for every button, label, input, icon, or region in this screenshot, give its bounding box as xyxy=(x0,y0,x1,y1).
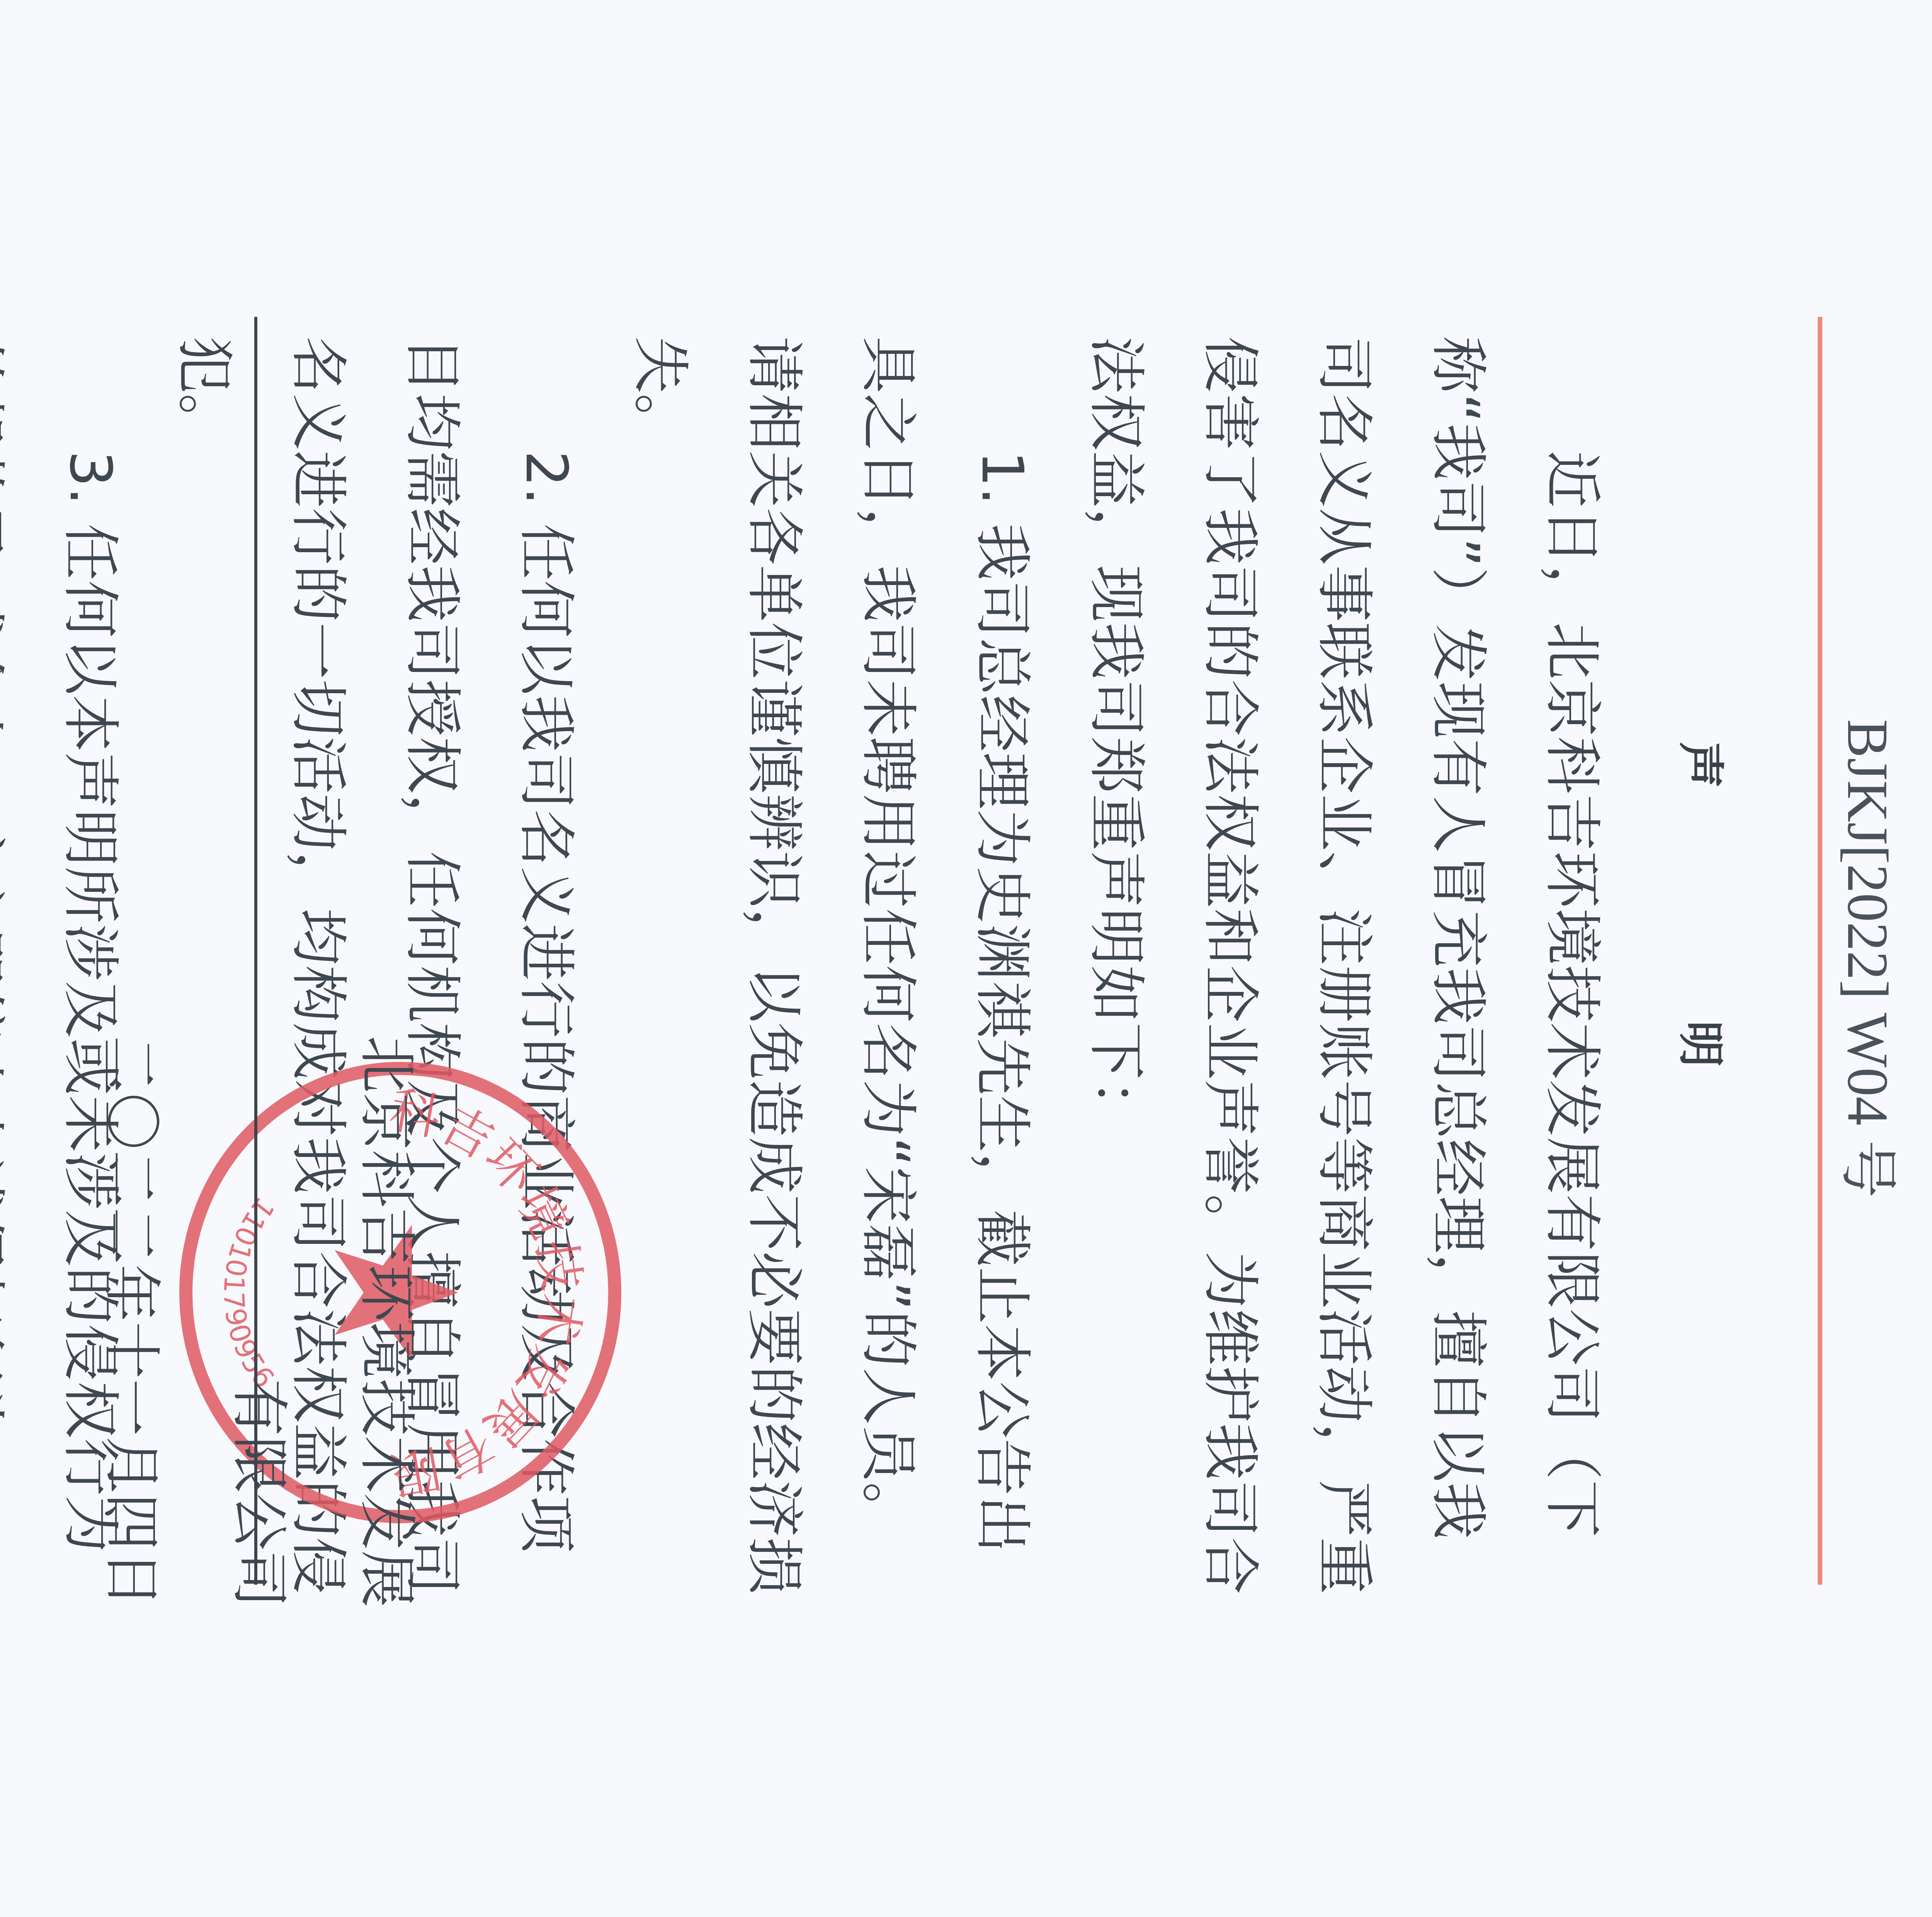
signature-company: 北京科吉环境技术发展有限公司 xyxy=(196,1005,451,1607)
letterhead: 北京科吉环境技术发展 有限公司 xyxy=(1930,0,1932,1917)
intro-paragraph: 近日，北京科吉环境技术发展有限公司（下称“我司”）发现有人冒充我司总经理，擅自以… xyxy=(1059,336,1629,1596)
item-1: 1. 我司总经理为史渊祺先生，截止本公告出具之日，我司未聘用过任何名为“宋磊”的… xyxy=(603,336,1059,1596)
document-title: 声 明 xyxy=(1671,0,1737,1917)
letterhead-company-line2: 有限公司 xyxy=(1930,0,1932,1917)
document-page: 北京科吉环境技术发展 有限公司 BJKJ[2022] W04 号 声 明 近日，… xyxy=(0,0,1932,1917)
footer-divider xyxy=(254,317,257,1585)
document-number: BJKJ[2022] W04 号 xyxy=(1832,0,1915,1917)
signature-block: 北京科吉环境技术发展有限公司 二〇二二年十一月四日 xyxy=(68,1005,451,1607)
letterhead-red-divider xyxy=(1818,317,1822,1585)
signature-date: 二〇二二年十一月四日 xyxy=(68,1005,196,1607)
